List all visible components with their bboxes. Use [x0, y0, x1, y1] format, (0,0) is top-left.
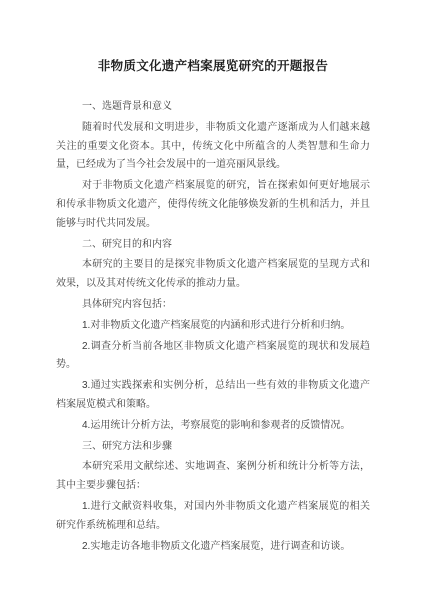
list-item: 2.调查分析当前各地区非物质文化遗产档案展览的现状和发展趋势。: [56, 338, 370, 376]
paragraph: 随着时代发展和文明进步，非物质文化遗产逐渐成为人们越来越关注的重要文化资本。其中…: [56, 119, 370, 175]
list-item: 3.通过实践探索和实例分析，总结出一些有效的非物质文化遗产档案展览模式和策略。: [56, 377, 370, 415]
section-heading-1: 一、选题背景和意义: [56, 98, 370, 117]
paragraph: 具体研究内容包括：: [56, 296, 370, 315]
list-item: 1.进行文献资料收集，对国内外非物质文化遗产档案展览的相关研究作系统梳理和总结。: [56, 498, 370, 536]
paragraph: 对于非物质文化遗产档案展览的研究，旨在探索如何更好地展示和传承非物质文化遗产，使…: [56, 177, 370, 233]
document-title: 非物质文化遗产档案展览研究的开题报告: [56, 58, 370, 74]
document-page: 非物质文化遗产档案展览研究的开题报告 一、选题背景和意义 随着时代发展和文明进步…: [0, 0, 424, 600]
list-item: 4.运用统计分析方法，考察展览的影响和参观者的反馈情况。: [56, 417, 370, 436]
document-body: 一、选题背景和意义 随着时代发展和文明进步，非物质文化遗产逐渐成为人们越来越关注…: [56, 98, 370, 556]
list-item: 2.实地走访各地非物质文化遗产档案展览，进行调查和访谈。: [56, 538, 370, 557]
section-heading-2: 二、研究目的和内容: [56, 236, 370, 255]
paragraph: 本研究的主要目的是探究非物质文化遗产档案展览的呈现方式和效果，以及其对传统文化传…: [56, 256, 370, 294]
list-item: 1.对非物质文化遗产档案展览的内涵和形式进行分析和归纳。: [56, 317, 370, 336]
paragraph: 本研究采用文献综述、实地调查、案例分析和统计分析等方法，其中主要步骤包括：: [56, 458, 370, 496]
section-heading-3: 三、研究方法和步骤: [56, 438, 370, 457]
